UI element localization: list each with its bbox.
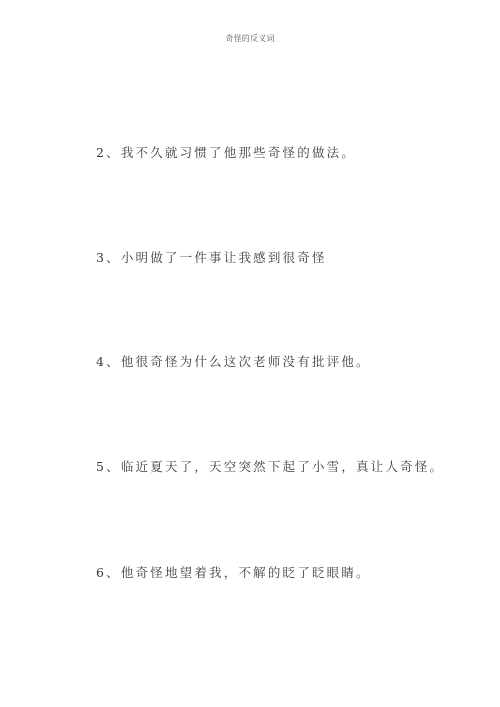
sentence-item: 6、他奇怪地望着我，不解的眨了眨眼睛。 <box>96 563 371 581</box>
sentence-number: 3、 <box>96 250 121 265</box>
page-header-title: 奇怪的反义词 <box>0 33 500 44</box>
sentence-text: 小明做了一件事让我感到很奇怪 <box>121 250 327 265</box>
sentence-number: 2、 <box>96 145 121 160</box>
sentence-text: 他奇怪地望着我，不解的眨了眨眼睛。 <box>121 565 371 580</box>
sentence-number: 5、 <box>96 459 121 474</box>
sentence-text: 他很奇怪为什么这次老师没有批评他。 <box>121 354 371 369</box>
sentence-item: 5、临近夏天了，天空突然下起了小雪，真让人奇怪。 <box>96 457 444 475</box>
sentence-text: 我不久就习惯了他那些奇怪的做法。 <box>121 145 356 160</box>
sentence-text: 临近夏天了，天空突然下起了小雪，真让人奇怪。 <box>121 459 444 474</box>
sentence-number: 4、 <box>96 354 121 369</box>
sentence-number: 6、 <box>96 565 121 580</box>
sentence-item: 3、小明做了一件事让我感到很奇怪 <box>96 248 327 266</box>
sentence-item: 4、他很奇怪为什么这次老师没有批评他。 <box>96 352 371 370</box>
sentence-item: 2、我不久就习惯了他那些奇怪的做法。 <box>96 143 356 161</box>
